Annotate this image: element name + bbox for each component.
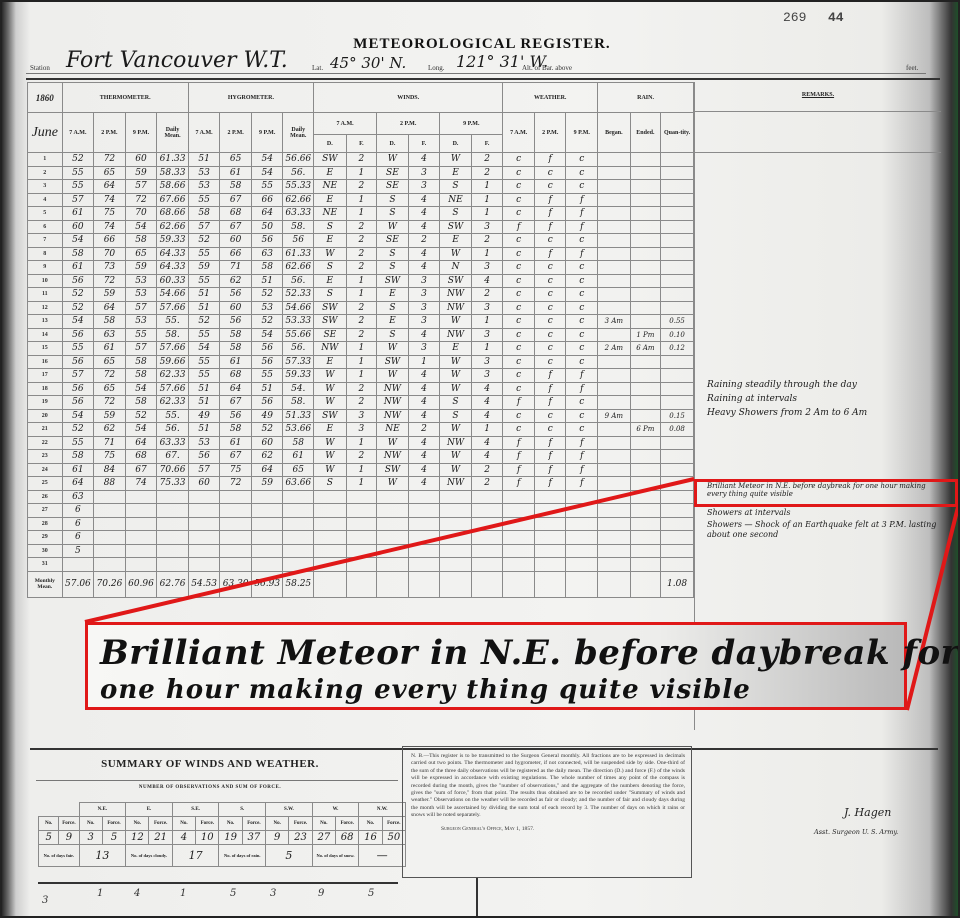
cell-rb: [598, 463, 631, 477]
cell-h2: 56: [220, 315, 252, 329]
cell-w2d: W: [377, 436, 409, 450]
cell-t7: 54: [62, 234, 94, 248]
cell-w2f: 4: [408, 328, 440, 342]
cell-we2: f: [534, 153, 566, 167]
cell-we2: c: [534, 234, 566, 248]
cell-re: [630, 220, 661, 234]
cell-t7: 60: [62, 220, 94, 234]
vertical-rule: [476, 878, 478, 918]
cell-rb: [598, 193, 631, 207]
cell-we9: c: [566, 288, 598, 302]
cell-h7: 53: [188, 436, 220, 450]
dir-no: 3: [79, 831, 102, 845]
cell-h9: [251, 490, 283, 504]
cell-h2: 67: [220, 220, 252, 234]
remark-day-21: Showers — Shock of an Earthquake felt at…: [707, 520, 943, 540]
cell-we7: c: [503, 166, 535, 180]
cell-w9d: W: [440, 450, 472, 464]
day-number: 9: [28, 261, 63, 275]
cell-re: 1 Pm: [630, 328, 661, 342]
cell-w2f: 4: [408, 436, 440, 450]
cell-rb: [598, 396, 631, 410]
mean-therm-daily: 62.76: [157, 571, 189, 597]
cell-t2: [94, 490, 126, 504]
cell-w7f: 1: [346, 369, 377, 383]
cell-t7: 57: [62, 193, 94, 207]
cell-we7: c: [503, 382, 535, 396]
cell-w7f: 1: [346, 342, 377, 356]
cell-we7: c: [503, 153, 535, 167]
below-value: 5: [368, 888, 374, 899]
cell-t9: 53: [125, 274, 157, 288]
table-row: 1152595354.6651565252.33S1E3NW2ccc: [28, 288, 694, 302]
cell-w2f: [408, 558, 440, 572]
cell-w7d: [314, 544, 347, 558]
day-number: 5: [28, 207, 63, 221]
cell-we7: c: [503, 207, 535, 221]
n-force: 9: [59, 831, 79, 845]
cell-h2: 67: [220, 396, 252, 410]
cell-h7: 56: [188, 450, 220, 464]
cell-h7: [188, 544, 220, 558]
cell-t2: [94, 517, 126, 531]
day-number: 14: [28, 328, 63, 342]
th-d: D.: [440, 135, 472, 153]
cell-h2: [220, 544, 252, 558]
day-number: 12: [28, 301, 63, 315]
cell-h9: 56: [251, 234, 283, 248]
remark-day-20: Showers at intervals: [707, 508, 790, 517]
cell-t7: 56: [62, 328, 94, 342]
cell-rq: [661, 517, 694, 531]
cell-t2: 66: [94, 234, 126, 248]
cell-w2d: S: [377, 301, 409, 315]
cell-we9: f: [566, 369, 598, 383]
cell-w9f: 4: [471, 382, 503, 396]
th-d: D.: [377, 135, 409, 153]
cell-hm: 56.: [283, 166, 314, 180]
observation-rows: 152726061.3351655456.66SW2W4W2cfc2556559…: [28, 153, 694, 572]
table-row: 355645758.6653585555.33NE2SE3S1ccc: [28, 180, 694, 194]
cell-rq: [661, 166, 694, 180]
th-wind-7am: 7 A.M.: [314, 113, 377, 135]
day-number: 20: [28, 409, 63, 423]
cell-t9: 55: [125, 328, 157, 342]
thermometer-header: THERMOMETER.: [62, 83, 188, 113]
cell-re: [630, 477, 661, 491]
cell-w9f: 4: [471, 436, 503, 450]
cell-w7f: [346, 531, 377, 545]
cell-h2: [220, 490, 252, 504]
long-label: Long.: [428, 64, 445, 72]
cell-w2d: NW: [377, 409, 409, 423]
cell-h7: 51: [188, 396, 220, 410]
weather-header: WEATHER.: [503, 83, 598, 113]
cell-t9: 52: [125, 409, 157, 423]
dir-e: E.: [126, 803, 173, 817]
table-row: 2564887475.3360725963.66S1W4NW2fff: [28, 477, 694, 491]
cell-t7: 52: [62, 423, 94, 437]
cell-t9: 53: [125, 315, 157, 329]
table-row: 1856655457.6651645154.W2NW4W4cff: [28, 382, 694, 396]
day-number: 2: [28, 166, 63, 180]
cell-w9f: 4: [471, 274, 503, 288]
cell-w2d: SW: [377, 274, 409, 288]
cell-w9d: [440, 531, 472, 545]
cell-h7: [188, 531, 220, 545]
cell-h7: 51: [188, 301, 220, 315]
cell-w7d: W: [314, 247, 347, 261]
cell-w2d: S: [377, 261, 409, 275]
cell-h2: 61: [220, 355, 252, 369]
cell-w2f: 3: [408, 342, 440, 356]
cell-tm: 58.66: [157, 180, 189, 194]
cell-w7d: SE: [314, 328, 347, 342]
cell-we7: c: [503, 247, 535, 261]
cell-hm: 65: [283, 463, 314, 477]
th-hyg-9pm: 9 P.M.: [251, 113, 283, 153]
label-force: Force.: [59, 817, 79, 831]
cell-h7: 57: [188, 463, 220, 477]
cell-t9: 59: [125, 261, 157, 275]
cell-w7f: 1: [346, 193, 377, 207]
cell-rq: [661, 261, 694, 275]
cell-rq: 0.08: [661, 423, 694, 437]
days-rain-value: 5: [266, 845, 313, 867]
cell-w2d: S: [377, 207, 409, 221]
cell-rb: [598, 450, 631, 464]
signature-name: J. Hagen: [844, 806, 891, 819]
mean-hyg-9pm: 56.93: [251, 571, 283, 597]
cell-t7: 55: [62, 166, 94, 180]
cell-t2: [94, 558, 126, 572]
cell-h7: 49: [188, 409, 220, 423]
cell-we9: c: [566, 315, 598, 329]
cell-h7: 52: [188, 234, 220, 248]
cell-t7: 6: [62, 517, 94, 531]
cell-w9d: W: [440, 382, 472, 396]
cell-w2f: [408, 531, 440, 545]
cell-w9f: 4: [471, 396, 503, 410]
cell-w9d: [440, 544, 472, 558]
cell-re: [630, 409, 661, 423]
cell-rq: [661, 544, 694, 558]
cell-h9: 58: [251, 261, 283, 275]
cell-w2f: 4: [408, 369, 440, 383]
cell-hm: [283, 504, 314, 518]
cell-t7: 61: [62, 261, 94, 275]
cell-rb: [598, 477, 631, 491]
label-force: Force.: [196, 817, 219, 831]
cell-we7: c: [503, 193, 535, 207]
cell-t2: 88: [94, 477, 126, 491]
cell-w2f: 4: [408, 247, 440, 261]
header-rule: [26, 78, 940, 80]
dir-force: 21: [149, 831, 172, 845]
cell-we9: c: [566, 166, 598, 180]
cell-hm: [283, 558, 314, 572]
cell-w2f: [408, 544, 440, 558]
cell-tm: 61.33: [157, 153, 189, 167]
zoom-line-2: one hour making every thing quite visibl…: [100, 675, 751, 705]
cell-t2: 65: [94, 382, 126, 396]
cell-w9f: [471, 490, 503, 504]
cell-we7: c: [503, 409, 535, 423]
cell-t7: 55: [62, 436, 94, 450]
cell-w9d: E: [440, 342, 472, 356]
cell-w2d: [377, 558, 409, 572]
cell-t9: 54: [125, 220, 157, 234]
cell-hm: 58.: [283, 396, 314, 410]
day-number: 27: [28, 504, 63, 518]
cell-h9: 53: [251, 301, 283, 315]
cell-w9d: E: [440, 234, 472, 248]
cell-t9: [125, 490, 157, 504]
cell-w7d: E: [314, 166, 347, 180]
cell-w7f: 2: [346, 315, 377, 329]
cell-t9: 54: [125, 382, 157, 396]
cell-w7d: E: [314, 234, 347, 248]
cell-w9d: NW: [440, 436, 472, 450]
cell-hm: [283, 490, 314, 504]
cell-re: [630, 193, 661, 207]
cell-w2f: 4: [408, 193, 440, 207]
day-number: 17: [28, 369, 63, 383]
cell-tm: 68.66: [157, 207, 189, 221]
cell-w9f: 1: [471, 342, 503, 356]
cell-h9: 62: [251, 450, 283, 464]
mean-therm-7am: 57.06: [62, 571, 94, 597]
cell-w7d: S: [314, 477, 347, 491]
cell-we9: f: [566, 220, 598, 234]
label-force: Force.: [149, 817, 172, 831]
highlight-zoom-callout: Brilliant Meteor in N.E. before daybreak…: [85, 622, 907, 710]
cell-w7d: E: [314, 193, 347, 207]
cell-re: [630, 274, 661, 288]
cell-w9f: 2: [471, 166, 503, 180]
cell-t9: 58: [125, 355, 157, 369]
cell-tm: 58.: [157, 328, 189, 342]
cell-w9f: 3: [471, 355, 503, 369]
cell-w2f: 3: [408, 274, 440, 288]
instructions-note: N. B.—This register is to be transmitted…: [402, 746, 692, 878]
cell-re: 6 Am: [630, 342, 661, 356]
table-row: 858706564.3355666361.33W2S4W1cff: [28, 247, 694, 261]
cell-tm: [157, 504, 189, 518]
page-number-handwritten: 44: [828, 10, 844, 25]
cell-we7: [503, 504, 535, 518]
cell-we2: c: [534, 423, 566, 437]
dir-force: 23: [289, 831, 312, 845]
cell-hm: 55.33: [283, 180, 314, 194]
cell-h7: 53: [188, 180, 220, 194]
cell-h9: 55: [251, 369, 283, 383]
cell-re: [630, 153, 661, 167]
cell-w7f: 2: [346, 153, 377, 167]
cell-w9f: 1: [471, 193, 503, 207]
day-number: 26: [28, 490, 63, 504]
cell-w7d: NE: [314, 207, 347, 221]
cell-re: [630, 180, 661, 194]
cell-h9: [251, 558, 283, 572]
day-number: 30: [28, 544, 63, 558]
highlight-box-small: [694, 479, 958, 507]
cell-w2f: 4: [408, 463, 440, 477]
cell-rq: [661, 436, 694, 450]
cell-h9: [251, 531, 283, 545]
cell-we2: [534, 517, 566, 531]
cell-tm: 55.: [157, 315, 189, 329]
observation-table: 1860 THERMOMETER. HYGROMETER. WINDS. WEA…: [27, 82, 694, 598]
table-row: 1252645757.6651605354.66SW2S3NW3ccc: [28, 301, 694, 315]
day-number: 1: [28, 153, 63, 167]
cell-we2: f: [534, 193, 566, 207]
cell-rb: [598, 247, 631, 261]
cell-we2: [534, 531, 566, 545]
cell-h9: 64: [251, 207, 283, 221]
cell-w2f: 4: [408, 220, 440, 234]
cell-h7: 54: [188, 342, 220, 356]
cell-t9: 65: [125, 247, 157, 261]
cell-w7f: [346, 558, 377, 572]
cell-w9f: 3: [471, 220, 503, 234]
cell-w9f: 3: [471, 261, 503, 275]
cell-rb: [598, 153, 631, 167]
cell-h2: 58: [220, 423, 252, 437]
th-therm-7am: 7 A.M.: [62, 113, 94, 153]
cell-w2f: [408, 504, 440, 518]
feet-label: feet.: [906, 64, 918, 72]
cell-we7: [503, 544, 535, 558]
cell-rq: 0.55: [661, 315, 694, 329]
cell-w2f: 3: [408, 166, 440, 180]
label-force: Force.: [242, 817, 265, 831]
cell-w7d: S: [314, 261, 347, 275]
cell-w7d: [314, 531, 347, 545]
cell-w7f: 2: [346, 328, 377, 342]
cell-hm: 56.: [283, 342, 314, 356]
cell-we2: f: [534, 450, 566, 464]
cell-w2d: W: [377, 369, 409, 383]
cell-w7d: SW: [314, 153, 347, 167]
cell-t9: 60: [125, 153, 157, 167]
cell-h9: 51: [251, 274, 283, 288]
cell-h9: 63: [251, 247, 283, 261]
table-row: 152726061.3351655456.66SW2W4W2cfc: [28, 153, 694, 167]
cell-re: 6 Pm: [630, 423, 661, 437]
cell-rb: 3 Am: [598, 315, 631, 329]
label-no: No.: [359, 817, 382, 831]
cell-we9: c: [566, 342, 598, 356]
cell-h7: 57: [188, 220, 220, 234]
station-value: Fort Vancouver W.T.: [66, 48, 288, 73]
cell-rb: [598, 234, 631, 248]
cell-w9d: NW: [440, 301, 472, 315]
cell-we9: c: [566, 274, 598, 288]
cell-h9: 54: [251, 166, 283, 180]
th-therm-mean: Daily Mean.: [157, 113, 189, 153]
cell-w9d: W: [440, 315, 472, 329]
days-cloudy-label: No. of days cloudy.: [126, 845, 173, 867]
cell-w9f: 1: [471, 423, 503, 437]
cell-h7: 55: [188, 193, 220, 207]
cell-t2: 72: [94, 274, 126, 288]
lat-value: 45° 30' N.: [330, 54, 406, 72]
cell-we7: f: [503, 477, 535, 491]
cell-t7: 61: [62, 207, 94, 221]
cell-h7: 51: [188, 288, 220, 302]
cell-hm: 53.66: [283, 423, 314, 437]
day-number: 23: [28, 450, 63, 464]
remarks-header-rule: [695, 152, 941, 153]
cell-t7: 6: [62, 531, 94, 545]
cell-h9: [251, 544, 283, 558]
cell-rq: [661, 301, 694, 315]
cell-tm: 55.: [157, 409, 189, 423]
cell-w2d: E: [377, 315, 409, 329]
cell-t2: 72: [94, 369, 126, 383]
cell-w9f: 2: [471, 234, 503, 248]
cell-w7d: S: [314, 288, 347, 302]
cell-re: [630, 369, 661, 383]
cell-h9: 64: [251, 463, 283, 477]
cell-w7f: 2: [346, 396, 377, 410]
mean-hyg-daily: 58.25: [283, 571, 314, 597]
below-value: 1: [97, 888, 103, 899]
cell-w2f: [408, 517, 440, 531]
cell-h2: 58: [220, 342, 252, 356]
cell-re: [630, 207, 661, 221]
table-row: 1354585355.52565253.33SW2E3W1ccc3 Am0.55: [28, 315, 694, 329]
cell-w2d: [377, 504, 409, 518]
table-row: 2152625456.51585253.66E3NE2W1ccc6 Pm0.08: [28, 423, 694, 437]
table-row: 561757068.6658686463.33NE1S4S1cff: [28, 207, 694, 221]
cell-w2f: 4: [408, 450, 440, 464]
cell-t7: 64: [62, 477, 94, 491]
cell-w7f: 2: [346, 247, 377, 261]
cell-w2f: 4: [408, 261, 440, 275]
days-rain-label: No. of days of rain.: [219, 845, 266, 867]
cell-we7: f: [503, 396, 535, 410]
dir-s: S.: [219, 803, 266, 817]
cell-we9: c: [566, 328, 598, 342]
cell-w2d: W: [377, 342, 409, 356]
cell-we2: f: [534, 477, 566, 491]
cell-we2: c: [534, 328, 566, 342]
day-number: 28: [28, 517, 63, 531]
table-row: 1956725862.3351675658.W2NW4S4ffc: [28, 396, 694, 410]
cell-w9d: W: [440, 247, 472, 261]
th-weather-9pm: 9 P.M.: [566, 113, 598, 153]
dir-force: 5: [102, 831, 125, 845]
table-row: 286: [28, 517, 694, 531]
cell-rq: [661, 247, 694, 261]
summary-subrule: [36, 780, 398, 781]
label-no: No.: [79, 817, 102, 831]
cell-h2: 58: [220, 180, 252, 194]
cell-rq: [661, 180, 694, 194]
cell-w2f: [408, 490, 440, 504]
cell-tm: 60.33: [157, 274, 189, 288]
cell-h7: 51: [188, 153, 220, 167]
cell-we7: c: [503, 234, 535, 248]
cell-we9: c: [566, 409, 598, 423]
cell-w2d: S: [377, 247, 409, 261]
cell-w9f: [471, 531, 503, 545]
cell-rb: [598, 504, 631, 518]
th-d: D.: [314, 135, 347, 153]
cell-h2: 62: [220, 274, 252, 288]
